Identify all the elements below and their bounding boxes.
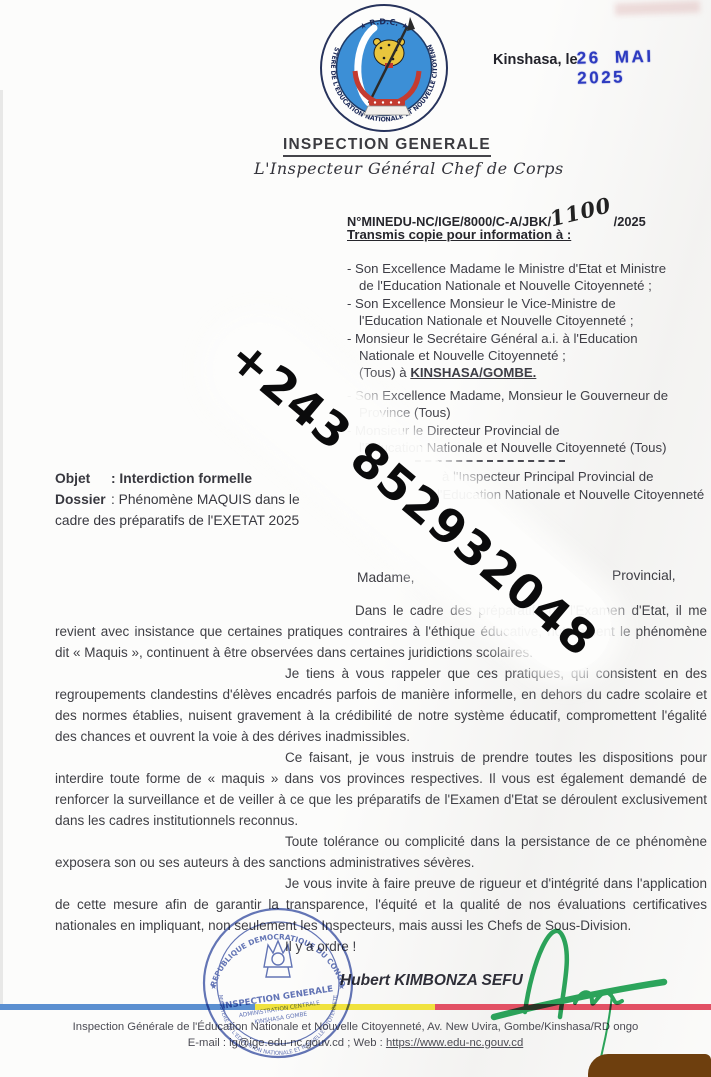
- salutation-left: Madame,: [357, 570, 415, 585]
- svg-text:★: ★: [210, 982, 217, 991]
- recipient-line: Nationale et Nouvelle Citoyenneté ;: [347, 347, 709, 364]
- recipient-line: - Monsieur le Secrétaire Général a.i. à …: [347, 330, 709, 347]
- dossier-label: Dossier: [55, 489, 111, 510]
- stamp-emblem: [264, 941, 292, 977]
- recipient-line: - Son Excellence Madame le Ministre d'Et…: [347, 260, 709, 277]
- scan-smudge: [615, 1, 700, 16]
- date-stamp: 26 MAI 2025: [576, 45, 711, 88]
- recipient-line: - Son Excellence Monsieur le Vice-Minist…: [347, 295, 709, 312]
- signature-ink: [480, 905, 690, 1077]
- recipient-line-tous: (Tous) à KINSHASA/GOMBE.: [347, 364, 709, 381]
- tous-city: KINSHASA/GOMBE.: [410, 365, 536, 380]
- recipient-line: Province (Tous): [347, 404, 709, 421]
- tous-prefix: (Tous) à: [359, 365, 410, 380]
- scan-edge-line: [0, 90, 3, 1010]
- dossier-value-2: cadre des préparatifs de l'EXETAT 2025: [55, 510, 365, 531]
- transmis-heading: Transmis copie pour information à :: [347, 227, 571, 242]
- letter-body: Dans le cadre des préparatifs de l'Exame…: [55, 600, 707, 957]
- recipient-line: l'Education Nationale et Nouvelle Citoye…: [347, 312, 709, 329]
- objet-label: Objet: [55, 468, 111, 489]
- table-corner: [588, 1054, 711, 1077]
- reference-suffix: /2025: [614, 214, 646, 229]
- inspector-subtitle: L'Inspecteur Général Chef de Corps: [254, 159, 564, 178]
- place-label: Kinshasa, le: [493, 52, 578, 68]
- body-paragraph: Je tiens à vous rappeler que ces pratiqu…: [55, 663, 707, 747]
- objet-value: : Interdiction formelle: [111, 468, 252, 489]
- official-stamp: REPUBLIQUE DEMOCRATIQUE DU CONGO MINISTE…: [200, 905, 356, 1061]
- handwritten-number: 1100: [547, 192, 614, 231]
- dossier-value: : Phénomène MAQUIS dans le: [111, 489, 300, 510]
- web-label: Web :: [353, 1037, 385, 1049]
- pedestal-shape: [364, 106, 410, 115]
- body-paragraph: Toute tolérance ou complicité dans la pe…: [55, 831, 707, 873]
- scanned-letter: MINISTERE DE L'EDUCATION NATIONALE ET NO…: [0, 0, 711, 1077]
- recipient-line: - Son Excellence Madame, Monsieur le Gou…: [347, 387, 709, 404]
- svg-text:★: ★: [338, 982, 345, 991]
- recipient-line: de l'Education Nationale et Nouvelle Cit…: [347, 277, 709, 294]
- ministry-seal: MINISTERE DE L'EDUCATION NATIONALE ET NO…: [319, 3, 449, 133]
- body-paragraph: Ce faisant, je vous instruis de prendre …: [55, 747, 707, 831]
- salutation-right: Provincial,: [612, 568, 676, 583]
- inspection-generale-title: INSPECTION GENERALE: [283, 136, 491, 157]
